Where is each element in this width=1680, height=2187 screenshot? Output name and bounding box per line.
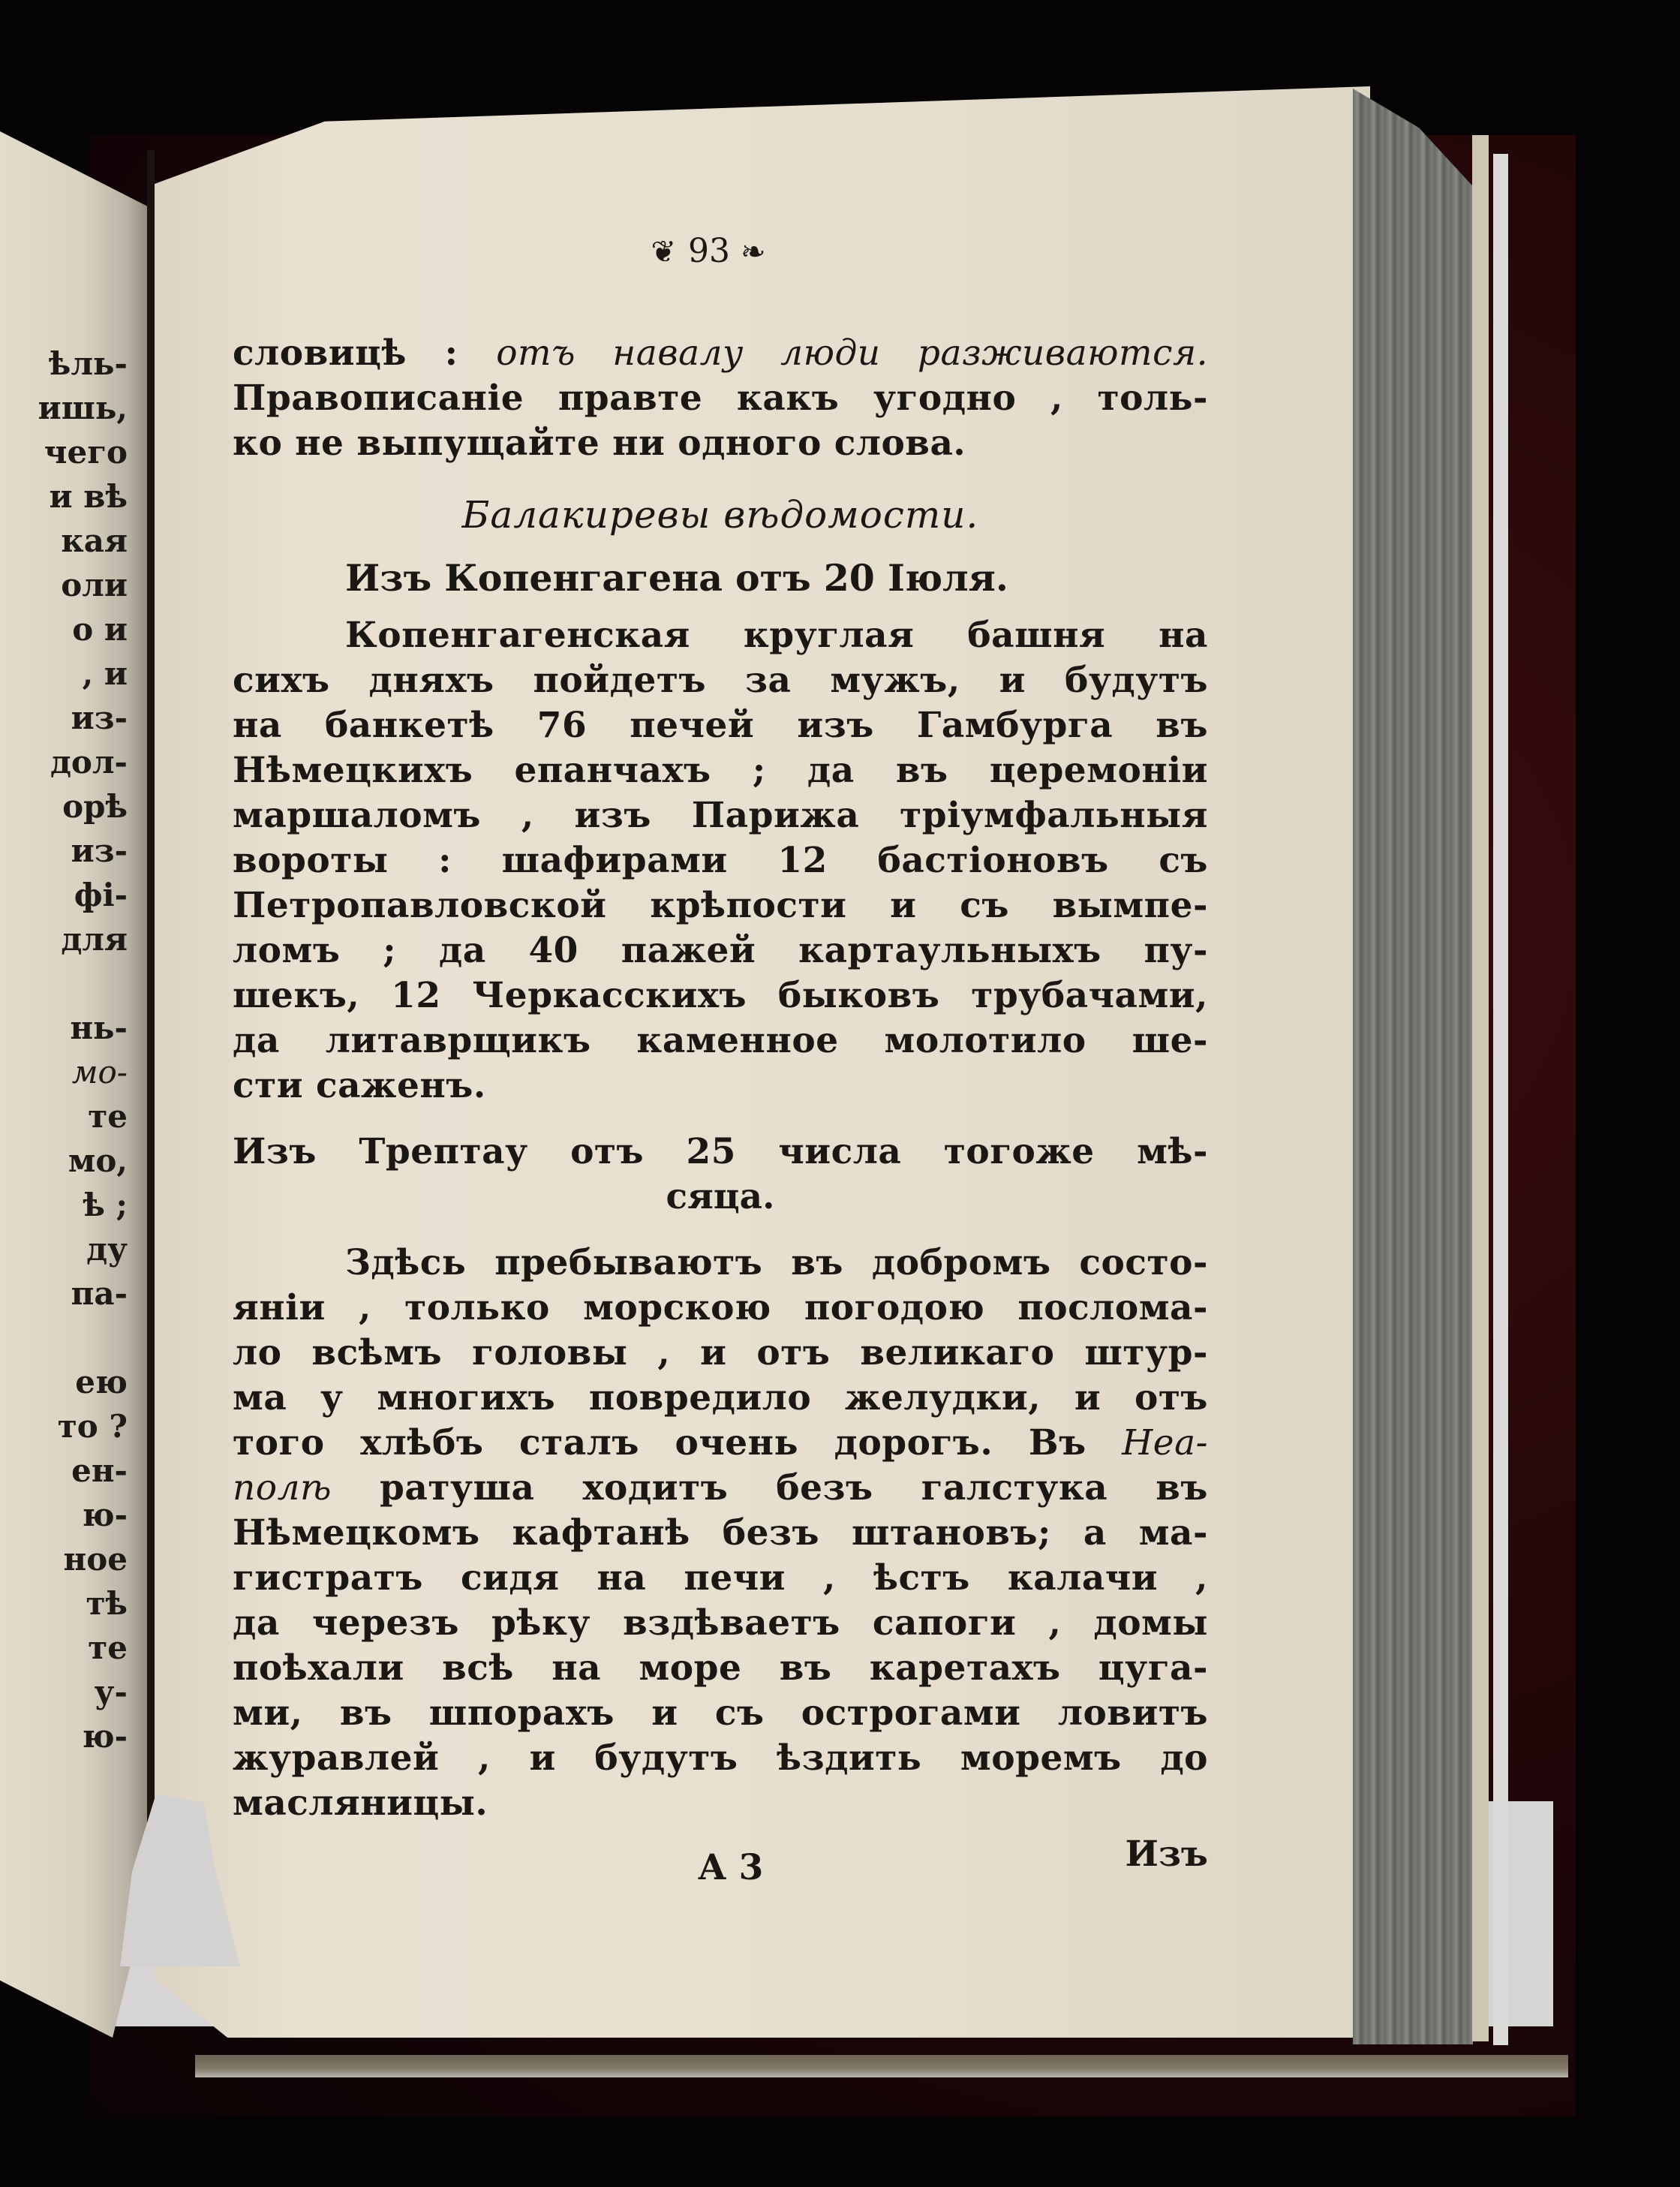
page-number: 93 xyxy=(688,232,730,270)
catchword: Изъ xyxy=(1126,1834,1208,1875)
left-line: ен- xyxy=(0,1448,128,1493)
left-line: ю- xyxy=(0,1493,128,1537)
text-line: Копенгагенская круглая башня на xyxy=(233,613,1208,658)
left-line: кая xyxy=(0,519,128,563)
left-line: мо, xyxy=(0,1139,128,1183)
left-line: ею xyxy=(0,1360,128,1404)
left-page-text: ѣль- ишь, чего и вѣ кая оли о и , и из- … xyxy=(0,341,128,1758)
left-line: чего xyxy=(0,430,128,474)
left-line: , и xyxy=(0,651,128,696)
text-line: ко не выпущайте ни одного слова. xyxy=(233,421,1208,466)
text-line: ми, въ шпорахъ и съ острогами ловитъ xyxy=(233,1691,1208,1736)
page-block-edges xyxy=(1353,89,1473,2044)
left-line: па- xyxy=(0,1271,128,1316)
left-line: ду xyxy=(0,1227,128,1271)
left-line: ѣ ; xyxy=(0,1183,128,1227)
text-line: ма у многихъ повредило желудки, и отъ xyxy=(233,1376,1208,1421)
text-line: гистратъ сидя на печи , ѣстъ калачи , xyxy=(233,1556,1208,1601)
text-line: сихъ дняхъ пойдетъ за мужъ, и будутъ xyxy=(233,658,1208,703)
place-italic: Неа- xyxy=(1122,1422,1208,1464)
left-line: для xyxy=(0,917,128,961)
left-line: нь- xyxy=(0,1006,128,1050)
left-line: из- xyxy=(0,829,128,873)
text-bold: словицѣ : xyxy=(233,332,496,374)
text-regular: того хлѣбъ сталъ очень дорогъ. Въ xyxy=(233,1422,1122,1464)
left-line-italic: мо- xyxy=(0,1050,128,1094)
text-line: ломъ ; да 40 пажей картаульныхъ пу- xyxy=(233,928,1208,973)
left-line: ѣль- xyxy=(0,341,128,386)
paragraph-gap xyxy=(233,1220,1208,1241)
left-line-gap xyxy=(0,1316,128,1360)
book-gutter xyxy=(147,150,155,1846)
text-line: Нѣмецкомъ кафтанѣ безъ штановъ; а ма- xyxy=(233,1511,1208,1556)
left-line: из- xyxy=(0,696,128,740)
left-line: дол- xyxy=(0,740,128,784)
article-dateline: Изъ Трептау отъ 25 числа тогоже мѣ- xyxy=(233,1130,1208,1175)
left-line: ное xyxy=(0,1537,128,1581)
paragraph-gap xyxy=(233,1109,1208,1130)
left-line: фі- xyxy=(0,873,128,917)
left-line-gap xyxy=(0,961,128,1006)
text-line: Петропавловской крѣпости и съ вымпе- xyxy=(233,883,1208,928)
text-line: сти саженъ. xyxy=(233,1063,1208,1109)
left-line: и вѣ xyxy=(0,474,128,519)
text-line: на банкетѣ 76 печей изъ Гамбурга въ xyxy=(233,703,1208,748)
page-footer: А 3 Изъ xyxy=(233,1834,1208,1894)
article-dateline: Изъ Копенгагена отъ 20 Іюля. xyxy=(233,552,1208,604)
text-line: того хлѣбъ сталъ очень дорогъ. Въ Неа- xyxy=(233,1421,1208,1466)
text-line: маршаломъ , изъ Парижа тріумфальныя xyxy=(233,793,1208,838)
text-line: ло всѣмъ головы , и отъ великаго штур- xyxy=(233,1331,1208,1376)
left-line: то ? xyxy=(0,1404,128,1448)
text-line: да черезъ рѣку вздѣваетъ сапоги , домы xyxy=(233,1601,1208,1646)
page-text-block: ❦ 93 ❧ словицѣ : отъ навалу люди разжива… xyxy=(233,225,1208,1894)
text-line: полѣ ратуша ходитъ безъ галстука въ xyxy=(233,1466,1208,1511)
article-dateline-continued: сяца. xyxy=(233,1175,1208,1220)
proverb-italic: отъ навалу люди разживаются. xyxy=(496,332,1208,374)
left-line: оли xyxy=(0,563,128,607)
left-line: тѣ xyxy=(0,1581,128,1626)
left-line: те xyxy=(0,1626,128,1670)
left-line: о и xyxy=(0,607,128,651)
text-line: поѣхали всѣ на море въ каретахъ цуга- xyxy=(233,1646,1208,1691)
text-line: словицѣ : отъ навалу люди разживаются. xyxy=(233,331,1208,376)
signature-mark: А 3 xyxy=(698,1847,763,1888)
text-line: да литаврщикъ каменное молотило ше- xyxy=(233,1018,1208,1063)
text-line: масляницы. xyxy=(233,1781,1208,1826)
text-line: яніи , только морскою погодою послома- xyxy=(233,1286,1208,1331)
ornament-left-icon: ❦ xyxy=(651,235,678,269)
left-line: орѣ xyxy=(0,784,128,829)
text-line: Нѣмецкихъ епанчахъ ; да въ церемоніи xyxy=(233,748,1208,793)
page-bottom-edge xyxy=(195,2055,1568,2077)
text-line: журавлей , и будутъ ѣздить моремъ до xyxy=(233,1736,1208,1781)
left-line: те xyxy=(0,1094,128,1139)
text-line: Здѣсь пребываютъ въ добромъ состо- xyxy=(233,1241,1208,1286)
text-regular: ратуша ходитъ безъ галстука въ xyxy=(332,1467,1208,1509)
left-line: ю- xyxy=(0,1714,128,1758)
place-italic: полѣ xyxy=(233,1467,332,1509)
text-line: Правописаніе правте какъ угодно , толь- xyxy=(233,376,1208,421)
text-line: шекъ, 12 Черкасскихъ быковъ трубачами, xyxy=(233,973,1208,1018)
page-header: ❦ 93 ❧ xyxy=(210,225,1208,278)
left-line: ишь, xyxy=(0,386,128,430)
endpaper-white-edge xyxy=(1493,154,1508,2045)
endpaper-edge xyxy=(1472,135,1489,2041)
section-title: Балакиревы вѣдомости. xyxy=(233,489,1208,541)
left-line: у- xyxy=(0,1670,128,1714)
text-line: вороты : шафирами 12 бастіоновъ съ xyxy=(233,838,1208,883)
left-page: ѣль- ишь, чего и вѣ кая оли о и , и из- … xyxy=(0,131,150,2038)
ornament-right-icon: ❧ xyxy=(741,235,768,269)
